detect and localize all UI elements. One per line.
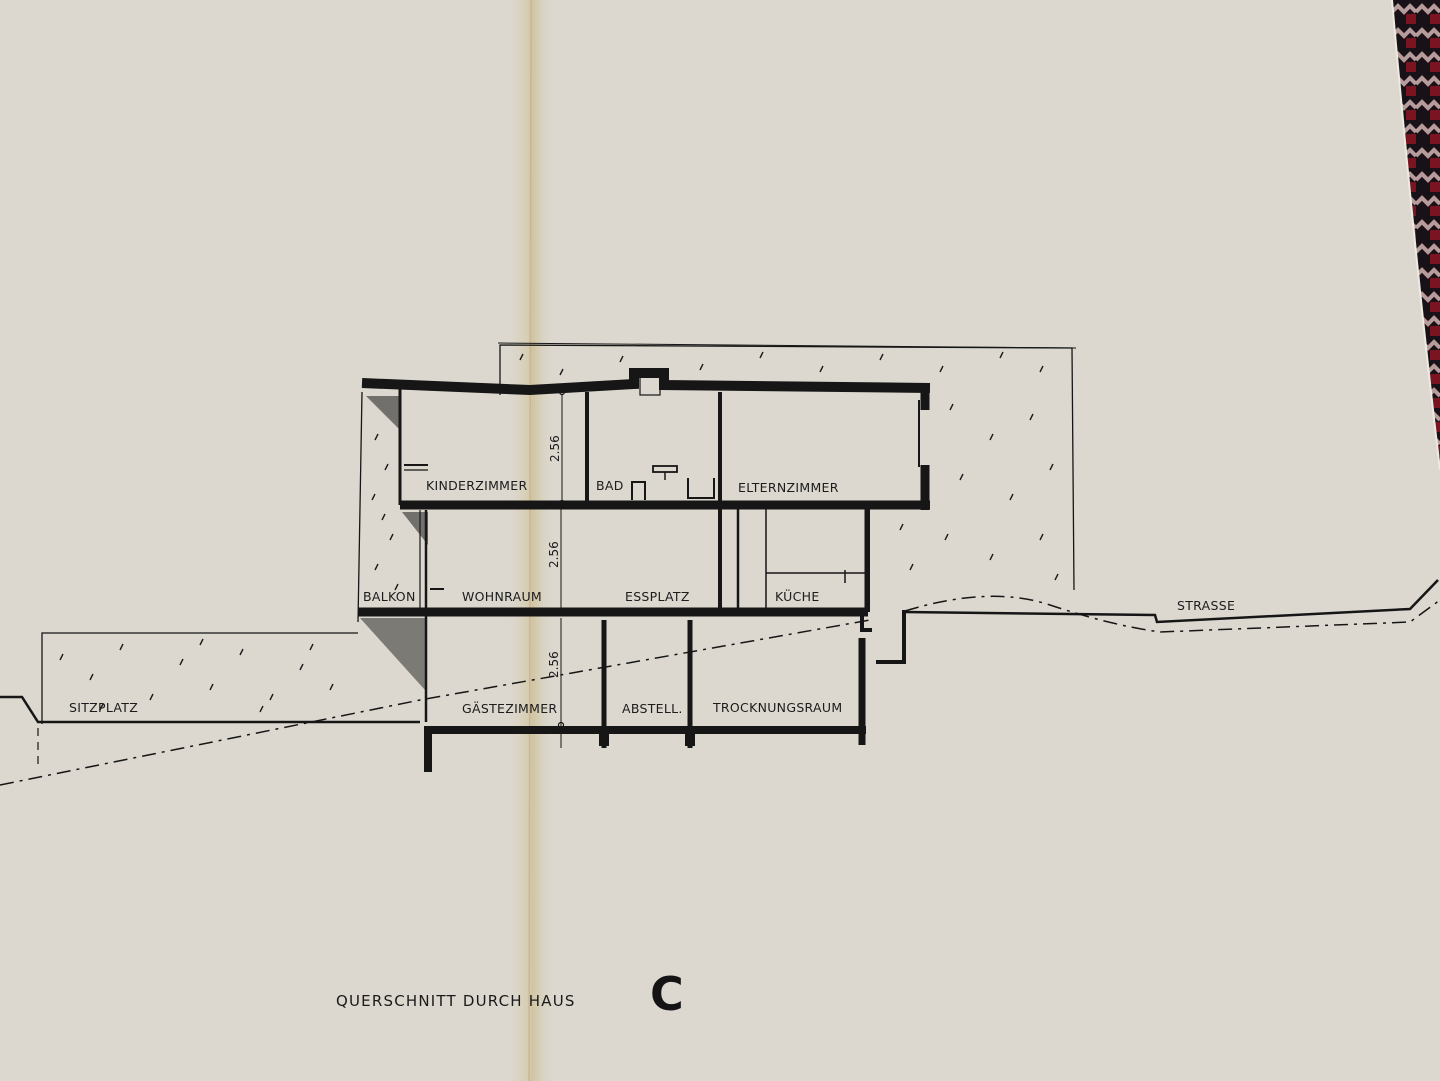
- room-label-kinderzimmer: KINDERZIMMER: [426, 478, 527, 493]
- room-label-essplatz: ESSPLATZ: [625, 589, 690, 604]
- room-label-abstell: ABSTELL.: [622, 701, 683, 716]
- dimension-lower-floor: 2.56: [547, 651, 561, 678]
- site-label-strasse: STRASSE: [1177, 598, 1235, 613]
- room-label-balkon: BALKON: [363, 589, 416, 604]
- room-label-elternzimmer: ELTERNZIMMER: [738, 480, 839, 495]
- room-label-kueche: KÜCHE: [775, 588, 820, 604]
- room-label-wohnraum: WOHNRAUM: [462, 589, 542, 604]
- architectural-section-drawing: KINDERZIMMER BAD ELTERNZIMMER BALKON WOH…: [0, 0, 1440, 1081]
- room-label-bad: BAD: [596, 478, 624, 493]
- house-letter: C: [650, 967, 684, 1021]
- dimension-upper-floor: 2.56: [548, 435, 562, 462]
- dimension-middle-floor: 2.56: [547, 541, 561, 568]
- site-label-sitzplatz: SITZPLATZ: [69, 700, 138, 715]
- drawing-title: QUERSCHNITT DURCH HAUS: [336, 992, 576, 1010]
- room-label-gaestezimmer: GÄSTEZIMMER: [462, 701, 557, 716]
- room-label-trocknungsraum: TROCKNUNGSRAUM: [712, 700, 842, 715]
- drawing-canvas: KINDERZIMMER BAD ELTERNZIMMER BALKON WOH…: [0, 0, 1440, 1081]
